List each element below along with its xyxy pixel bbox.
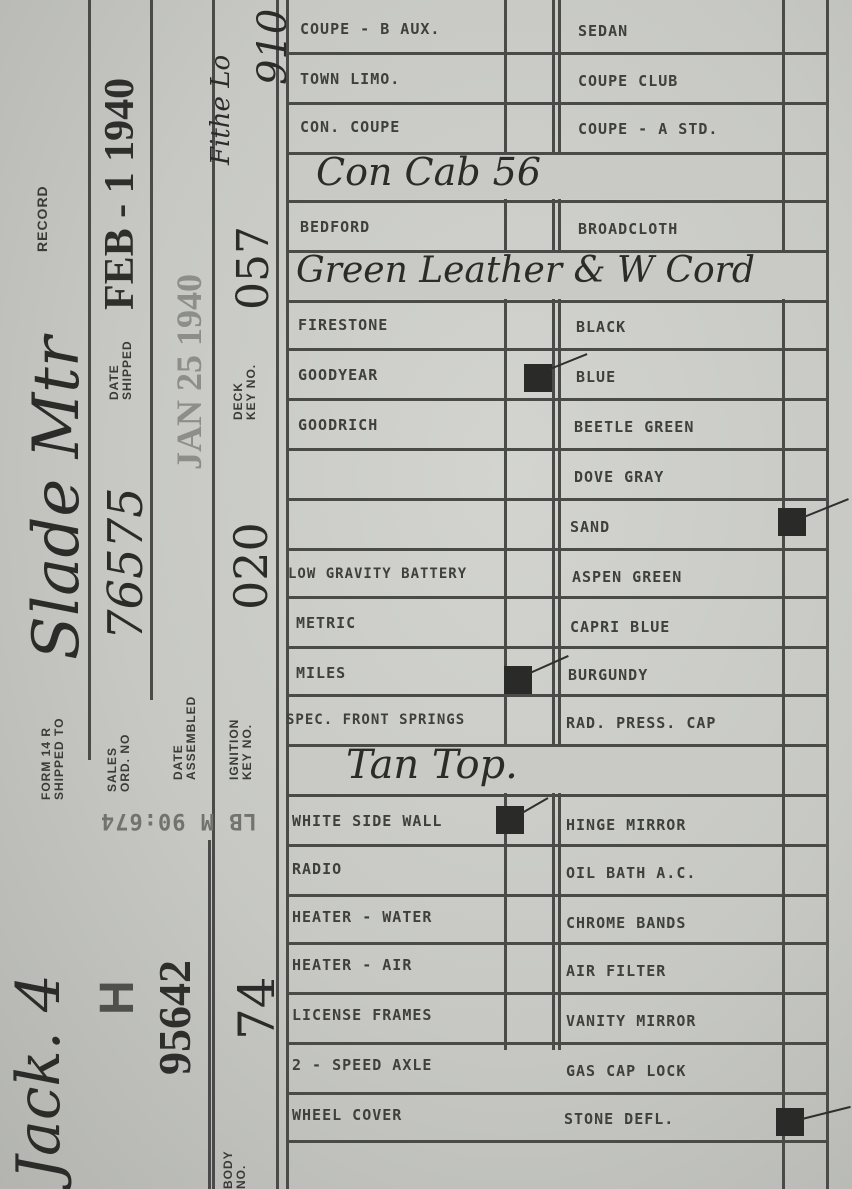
row-line <box>286 348 829 351</box>
option-spec-front-springs: SPEC. FRONT SPRINGS <box>286 712 465 728</box>
option-black: BLACK <box>576 318 626 336</box>
row-line <box>286 596 829 599</box>
option-sand: SAND <box>570 518 610 536</box>
option-bedford: BEDFORD <box>300 218 370 236</box>
ignition-key-label: IGNITION KEY NO. <box>228 719 254 780</box>
row-line <box>286 102 829 105</box>
option-heater-water: HEATER - WATER <box>292 908 432 926</box>
deck-key-value: 057 <box>228 226 279 310</box>
option-oil-bath-ac: OIL BATH A.C. <box>566 864 696 882</box>
record-card: RECORD FORM 14 R SHIPPED TO Slade Mtr SA… <box>0 0 852 1189</box>
sales-ord-value: 76575 <box>98 487 154 640</box>
column-divider <box>208 840 211 1189</box>
check-mark-miles <box>504 666 532 694</box>
row-line <box>286 1140 829 1143</box>
option-stone-defl: STONE DEFL. <box>564 1110 674 1128</box>
date-assembled-label: DATE ASSEMBLED <box>172 696 198 780</box>
dealer-note: Jack. 4 <box>4 974 74 1180</box>
row-line <box>286 548 829 551</box>
row-line <box>286 894 829 897</box>
deck-key-label: DECK KEY NO. <box>232 364 258 420</box>
date-assembled-value: JAN 25 1940 <box>168 274 210 470</box>
row-line <box>286 694 829 697</box>
column-divider <box>212 0 215 1189</box>
row-line <box>286 646 829 649</box>
row-line <box>286 1092 829 1095</box>
top-right-note: Fithe Lo <box>206 55 236 165</box>
option-coupe-a-std: COUPE - A STD. <box>578 120 718 138</box>
option-firestone: FIRESTONE <box>298 316 388 334</box>
option-sedan: SEDAN <box>578 22 628 40</box>
date-shipped-label: DATE SHIPPED <box>108 340 134 400</box>
handwritten-upholstery: Green Leather & W Cord <box>296 250 755 291</box>
row-line <box>286 200 829 203</box>
option-broadcloth: BROADCLOTH <box>578 220 678 238</box>
check-mark-sand <box>778 508 806 536</box>
row-line <box>286 52 829 55</box>
option-aspen-green: ASPEN GREEN <box>572 568 682 586</box>
sales-ord-label: SALES ORD. NO <box>106 734 132 792</box>
option-white-side-wall: WHITE SIDE WALL <box>292 812 442 830</box>
shipped-to-label: FORM 14 R SHIPPED TO <box>40 718 66 800</box>
check-tick <box>530 655 569 674</box>
check-mark-white-side-wall <box>496 806 524 834</box>
handwritten-body-type: Con Cab 56 <box>316 150 541 194</box>
option-chrome-bands: CHROME BANDS <box>566 914 686 932</box>
option-goodyear: GOODYEAR <box>298 366 378 384</box>
option-rad-press-cap: RAD. PRESS. CAP <box>566 714 716 732</box>
option-dove-gray: DOVE GRAY <box>574 468 664 486</box>
option-beetle-green: BEETLE GREEN <box>574 418 694 436</box>
options-grid: COUPE - B AUX. SEDAN TOWN LIMO. COUPE CL… <box>286 0 832 1189</box>
row-line <box>286 992 829 995</box>
option-con-coupe: CON. COUPE <box>300 118 400 136</box>
handwritten-top: Tan Top. <box>346 742 518 788</box>
body-prefix: H <box>90 980 145 1015</box>
row-line <box>286 1042 829 1045</box>
body-handwritten: 74 <box>228 976 286 1040</box>
record-header: RECORD <box>36 185 49 252</box>
option-hinge-mirror: HINGE MIRROR <box>566 816 686 834</box>
row-line <box>286 844 829 847</box>
row-line <box>286 942 829 945</box>
row-line <box>286 448 829 451</box>
stamp-code: LB M 90:674 <box>100 808 257 833</box>
option-low-gravity-battery: LOW GRAVITY BATTERY <box>288 566 467 582</box>
option-2-speed-axle: 2 - SPEED AXLE <box>292 1056 432 1074</box>
option-capri-blue: CAPRI BLUE <box>570 618 670 636</box>
option-gas-cap-lock: GAS CAP LOCK <box>566 1062 686 1080</box>
option-miles: MILES <box>296 664 346 682</box>
option-vanity-mirror: VANITY MIRROR <box>566 1012 696 1030</box>
date-shipped-value: FEB - 1 1940 <box>96 78 144 310</box>
body-number: 95642 <box>148 960 201 1075</box>
option-goodrich: GOODRICH <box>298 416 378 434</box>
option-radio: RADIO <box>292 860 342 878</box>
option-coupe-b-aux: COUPE - B AUX. <box>300 20 440 38</box>
option-heater-air: HEATER - AIR <box>292 956 412 974</box>
body-no-label: BODY NO. <box>222 1150 248 1189</box>
grid-checkbox-col-right <box>782 0 785 1189</box>
option-blue: BLUE <box>576 368 616 386</box>
option-metric: METRIC <box>296 614 356 632</box>
option-air-filter: AIR FILTER <box>566 962 666 980</box>
shipped-to-value: Slade Mtr <box>20 337 94 661</box>
option-license-frames: LICENSE FRAMES <box>292 1006 432 1024</box>
row-line <box>286 398 829 401</box>
check-mark-goodyear <box>524 364 552 392</box>
check-mark-stone-defl <box>776 1108 804 1136</box>
row-line <box>286 498 829 501</box>
option-wheel-cover: WHEEL COVER <box>292 1106 402 1124</box>
row-line <box>286 300 829 303</box>
check-tick <box>522 797 549 814</box>
ignition-key-value: 020 <box>224 522 278 610</box>
option-coupe-club: COUPE CLUB <box>578 72 678 90</box>
option-burgundy: BURGUNDY <box>568 666 648 684</box>
grid-border-right <box>826 0 829 1189</box>
option-town-limo: TOWN LIMO. <box>300 70 400 88</box>
row-line <box>286 794 829 797</box>
